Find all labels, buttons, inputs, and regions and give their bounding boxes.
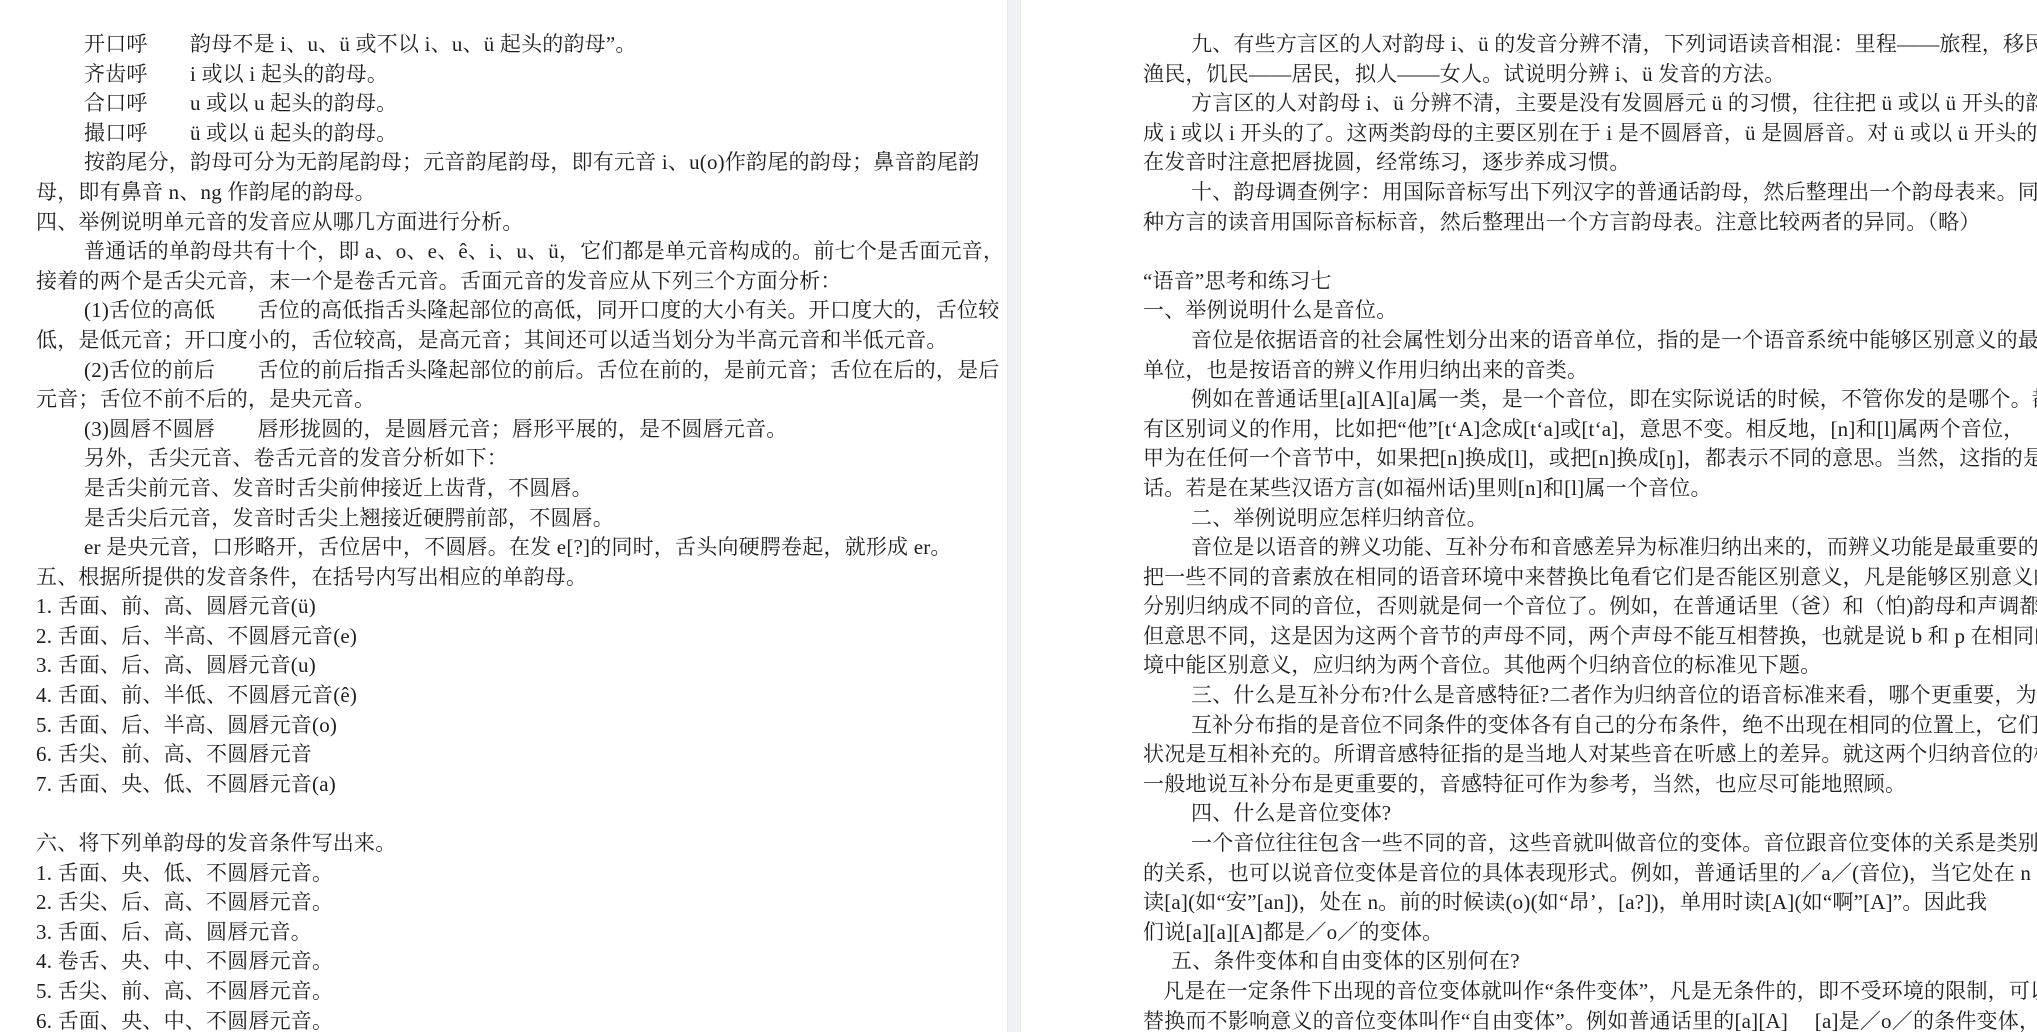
text-line[interactable]: 合口呼 u 或以 u 起头的韵母。 — [36, 89, 851, 119]
text-line[interactable]: 2. 舌尖、后、高、不圆唇元音。 — [36, 888, 851, 918]
text-line[interactable]: 方言区的人对韵母 i、ü 分辨不清，主要是没有发圆唇元 ü 的习惯，往往把 ü … — [1143, 89, 1998, 119]
text-line[interactable]: 6. 舌尖、前、高、不圆唇元音 — [36, 740, 851, 770]
text-line[interactable]: 单位，也是按语音的辨义作用归纳出来的音类。 — [1143, 356, 1998, 386]
text-line[interactable]: 7. 舌面、央、低、不圆唇元音(a) — [36, 770, 851, 800]
text-line[interactable]: 四、举例说明单元音的发音应从哪几方面进行分析。 — [36, 208, 851, 238]
text-line[interactable]: 齐齿呼 i 或以 i 起头的韵母。 — [36, 60, 851, 90]
text-line[interactable]: 把一些不同的音素放在相同的语音环境中来替换比龟看它们是否能区别意义，凡是能够区别… — [1143, 563, 1998, 593]
text-line[interactable]: 状况是互相补充的。所谓音感特征指的是当地人对某些音在听感上的差异。就这两个归纳音… — [1143, 740, 1998, 770]
text-line[interactable]: 音位是依据语音的社会属性划分出来的语音单位，指的是一个语音系统中能够区别意义的最… — [1143, 326, 1998, 356]
text-line[interactable]: 一般地说互补分布是更重要的，音感特征可作为参考，当然，也应尽可能地照顾。 — [1143, 770, 1998, 800]
text-line[interactable]: 三、什么是互补分布?什么是音感特征?二者作为归纳音位的语音标准来看，哪个更重要，… — [1143, 681, 1998, 711]
document-viewer: 开口呼 韵母不是 i、u、ü 或不以 i、u、ü 起头的韵母”。齐齿呼 i 或以… — [0, 0, 2037, 1032]
text-line[interactable]: 有区别词义的作用，比如把“他”[t‘A]念成[t‘a]或[t‘a]，意思不变。相… — [1143, 415, 1998, 445]
text-line[interactable]: 4. 舌面、前、半低、不圆唇元音(ê) — [36, 681, 851, 711]
page-right[interactable]: 九、有些方言区的人对韵母 i、ü 的发音分辨不清，下列词语读音相混：里程——旅程… — [1021, 0, 2037, 1032]
text-line[interactable]: 六、将下列单韵母的发音条件写出来。 — [36, 829, 851, 859]
text-line[interactable]: 另外，舌尖元音、卷舌元音的发音分析如下： — [36, 444, 851, 474]
text-line[interactable]: 例如在普通话里[a][A][a]属一类，是一个音位，即在实际说话的时候，不管你发… — [1143, 385, 1998, 415]
text-line[interactable]: 2. 舌面、后、半高、不圆唇元音(e) — [36, 622, 851, 652]
text-line[interactable]: 成 i 或以 i 开头的了。这两类韵母的主要区别在于 i 是不圆唇音，ü 是圆唇… — [1143, 119, 1998, 149]
text-line[interactable]: 但意思不同，这是因为这两个音节的声母不同，两个声母不能互相替换，也就是说 b 和… — [1143, 622, 1998, 652]
text-line[interactable]: 读[a](如“安”[an])，处在 n。前的时候读(o)(如“昂’，[a?])，… — [1143, 888, 1998, 918]
text-line[interactable]: 音位是以语音的辨义功能、互补分布和音感差异为标准归纳出来的，而辨义功能是最重要的… — [1143, 533, 1998, 563]
text-line[interactable]: 6. 舌面、央、中、不圆唇元音。 — [36, 1007, 851, 1032]
text-line[interactable]: 分别归纳成不同的音位，否则就是伺一个音位了。例如，在普通话里（爸）和（怕)韵母和… — [1143, 592, 1998, 622]
text-line[interactable]: 境中能区别意义，应归纳为两个音位。其他两个归纳音位的标准见下题。 — [1143, 651, 1998, 681]
text-line[interactable]: 元音；舌位不前不后的，是央元音。 — [36, 385, 851, 415]
text-line[interactable]: 低，是低元音；开口度小的，舌位较高，是高元音；其间还可以适当划分为半高元音和半低… — [36, 326, 851, 356]
text-line[interactable]: 一个音位往往包含一些不同的音，这些音就叫做音位的变体。音位跟音位变体的关系是类别… — [1143, 829, 1998, 859]
text-line[interactable]: (1)舌位的高低 舌位的高低指舌头隆起部位的高低，同开口度的大小有关。开口度大的… — [36, 296, 851, 326]
page-right-text: 九、有些方言区的人对韵母 i、ü 的发音分辨不清，下列词语读音相混：里程——旅程… — [1143, 30, 1998, 1032]
text-line[interactable]: 普通话的单韵母共有十个，即 a、o、e、ê、i、u、ü，它们都是单元音构成的。前… — [36, 237, 851, 267]
text-line[interactable]: 话。若是在某些汉语方言(如福州话)里则[n]和[l]属一个音位。 — [1143, 474, 1998, 504]
text-line[interactable]: 1. 舌面、前、高、圆唇元音(ü) — [36, 592, 851, 622]
text-line[interactable]: 接着的两个是舌尖元音，末一个是卷舌元音。舌面元音的发音应从下列三个方面分析： — [36, 267, 851, 297]
text-line[interactable]: 一、举例说明什么是音位。 — [1143, 296, 1998, 326]
text-line[interactable]: 3. 舌面、后、高、圆唇元音(u) — [36, 651, 851, 681]
page-left-text: 开口呼 韵母不是 i、u、ü 或不以 i、u、ü 起头的韵母”。齐齿呼 i 或以… — [36, 30, 851, 1032]
text-line[interactable]: 替换而不影响意义的音位变体叫作“自由变体”。例如普通话里的[a][A] [a]是… — [1143, 1007, 1998, 1032]
text-line[interactable]: 渔民，饥民——居民，拟人——女人。试说明分辨 i、ü 发音的方法。 — [1143, 60, 1998, 90]
page-left[interactable]: 开口呼 韵母不是 i、u、ü 或不以 i、u、ü 起头的韵母”。齐齿呼 i 或以… — [0, 0, 1007, 1032]
page-gap-divider — [1007, 0, 1021, 1032]
text-line[interactable]: 四、什么是音位变体? — [1143, 799, 1998, 829]
text-line[interactable]: 们说[a][a][A]都是／o／的变体。 — [1143, 918, 1998, 948]
text-line[interactable]: 凡是在一定条件下出现的音位变体就叫作“条件变体”，凡是无条件的，即不受环境的限制… — [1143, 977, 1998, 1007]
text-line[interactable]: 五、根据所提供的发音条件，在括号内写出相应的单韵母。 — [36, 563, 851, 593]
text-line[interactable] — [36, 799, 851, 829]
text-line[interactable]: 母，即有鼻音 n、ng 作韵尾的韵母。 — [36, 178, 851, 208]
text-line[interactable]: 九、有些方言区的人对韵母 i、ü 的发音分辨不清，下列词语读音相混：里程——旅程… — [1143, 30, 1998, 60]
text-line[interactable]: 十、韵母调查例字：用国际音标写出下列汉字的普通话韵母，然后整理出一个韵母表来。同… — [1143, 178, 1998, 208]
text-line[interactable]: 5. 舌尖、前、高、不圆唇元音。 — [36, 977, 851, 1007]
text-line[interactable] — [1143, 237, 1998, 267]
text-line[interactable]: 是舌尖后元音，发音时舌尖上翘接近硬腭前部，不圆唇。 — [36, 504, 851, 534]
text-line[interactable]: 3. 舌面、后、高、圆唇元音。 — [36, 918, 851, 948]
text-line[interactable]: 甲为在任何一个音节中，如果把[n]换成[l]，或把[n]换成[ŋ]，都表示不同的… — [1143, 444, 1998, 474]
text-line[interactable]: 按韵尾分，韵母可分为无韵尾韵母；元音韵尾韵母，即有元音 i、u(o)作韵尾的韵母… — [36, 148, 851, 178]
text-line[interactable]: (2)舌位的前后 舌位的前后指舌头隆起部位的前后。舌位在前的，是前元音；舌位在后… — [36, 356, 851, 386]
text-line[interactable]: 二、举例说明应怎样归纳音位。 — [1143, 504, 1998, 534]
text-line[interactable]: er 是央元音，口形略开，舌位居中，不圆唇。在发 e[?]的同时，舌头向硬腭卷起… — [36, 533, 851, 563]
text-line[interactable]: 的关系，也可以说音位变体是音位的具体表现形式。例如，普通话里的／a／(音位)，当… — [1143, 859, 1998, 889]
text-line[interactable]: 在发音时注意把唇拢圆，经常练习，逐步养成习惯。 — [1143, 148, 1998, 178]
text-line[interactable]: 是舌尖前元音、发音时舌尖前伸接近上齿背，不圆唇。 — [36, 474, 851, 504]
text-line[interactable]: 种方言的读音用国际音标标音，然后整理出一个方言韵母表。注意比较两者的异同。（略） — [1143, 208, 1998, 238]
text-line[interactable]: 五、条件变体和自由变体的区别何在? — [1143, 947, 1998, 977]
text-line[interactable]: “语音”思考和练习七 — [1143, 267, 1998, 297]
text-line[interactable]: (3)圆唇不圆唇 唇形拢圆的，是圆唇元音；唇形平展的，是不圆唇元音。 — [36, 415, 851, 445]
text-line[interactable]: 4. 卷舌、央、中、不圆唇元音。 — [36, 947, 851, 977]
text-line[interactable]: 5. 舌面、后、半高、圆唇元音(o) — [36, 711, 851, 741]
text-line[interactable]: 撮口呼 ü 或以 ü 起头的韵母。 — [36, 119, 851, 149]
text-line[interactable]: 互补分布指的是音位不同条件的变体各有自己的分布条件，绝不出现在相同的位置上，它们… — [1143, 711, 1998, 741]
text-line[interactable]: 1. 舌面、央、低、不圆唇元音。 — [36, 859, 851, 889]
text-line[interactable]: 开口呼 韵母不是 i、u、ü 或不以 i、u、ü 起头的韵母”。 — [36, 30, 851, 60]
